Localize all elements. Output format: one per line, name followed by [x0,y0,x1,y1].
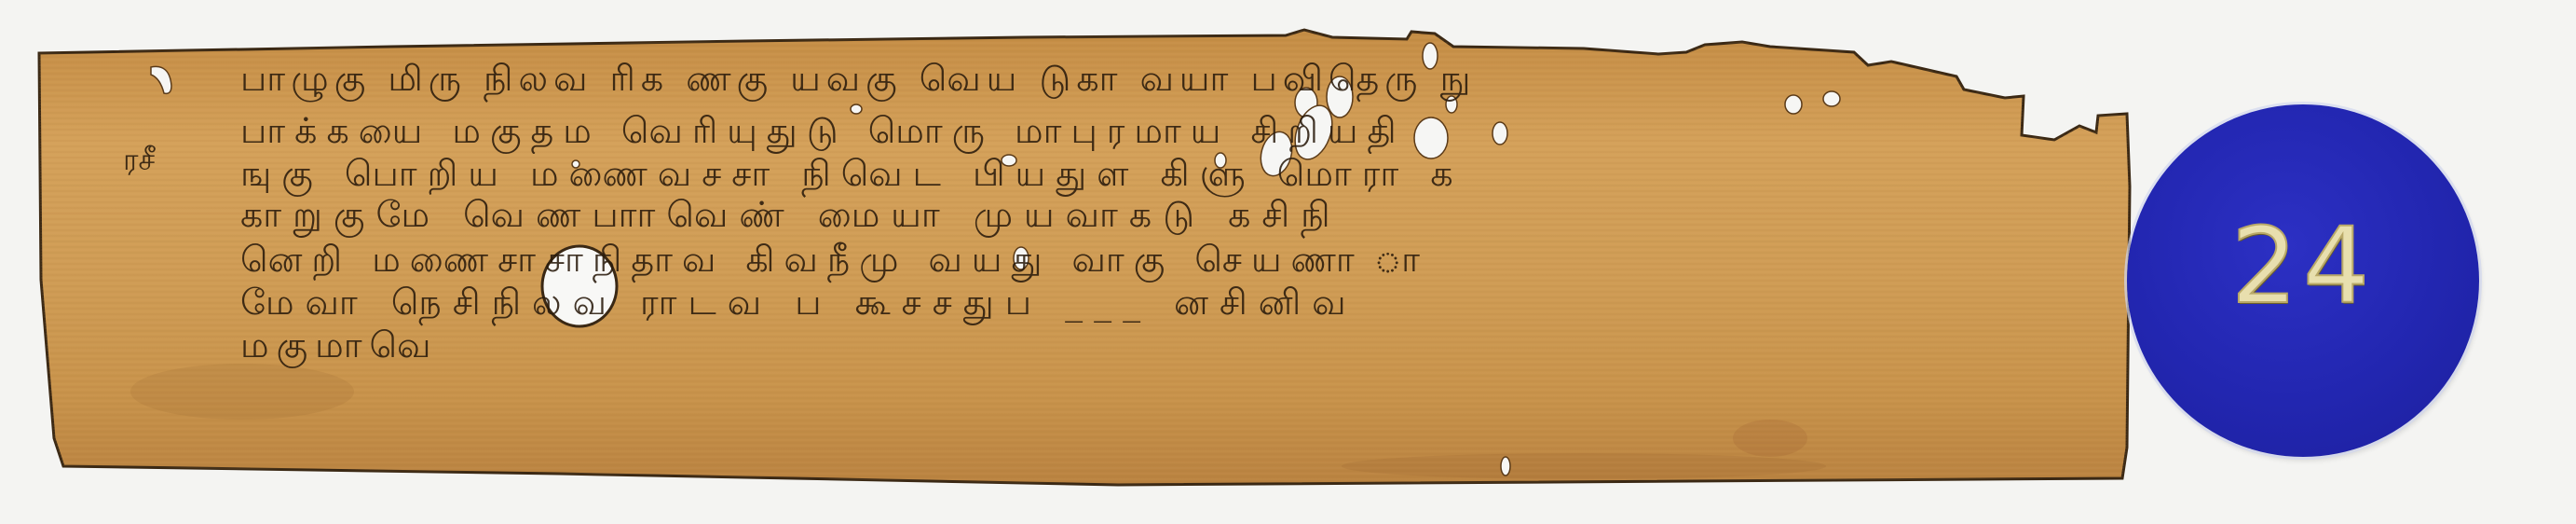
script-line-7: மகுமாவெ [240,324,439,371]
script-line-2: பாக்கயை மகுதம வெரியுதுடு மொரு மாபுரமாய ச… [240,110,1406,157]
manuscript-photo: ரசீ பாழுகு மிரு நிலவ ரிக ணகு யவகு வெய டு… [0,0,2576,524]
tag-number: 24 [2127,214,2479,319]
script-line-1: பாழுகு மிரு நிலவ ரிக ணகு யவகு வெய டுகா வ… [240,58,1476,104]
script-line-4: காறுகுமே வெணபாாவெண் மையா முயவாகடு கசிநி [240,194,1342,241]
margin-note: ரசீ [123,142,155,181]
script-line-3: ஙுகு பொறிய மணைவசசா நிவெட பியதுள கிளு மொர… [240,153,1464,200]
script-line-5: னெறி மணைசாசாநிதாவ கிவநீமு வயது வாகு செயண… [240,239,1429,285]
number-tag-disc: 24 [2127,104,2479,457]
script-line-6: மேவா நெசிநிலவ ராடவ ப கூசசதுப ___ னசினிவ [240,282,1357,328]
